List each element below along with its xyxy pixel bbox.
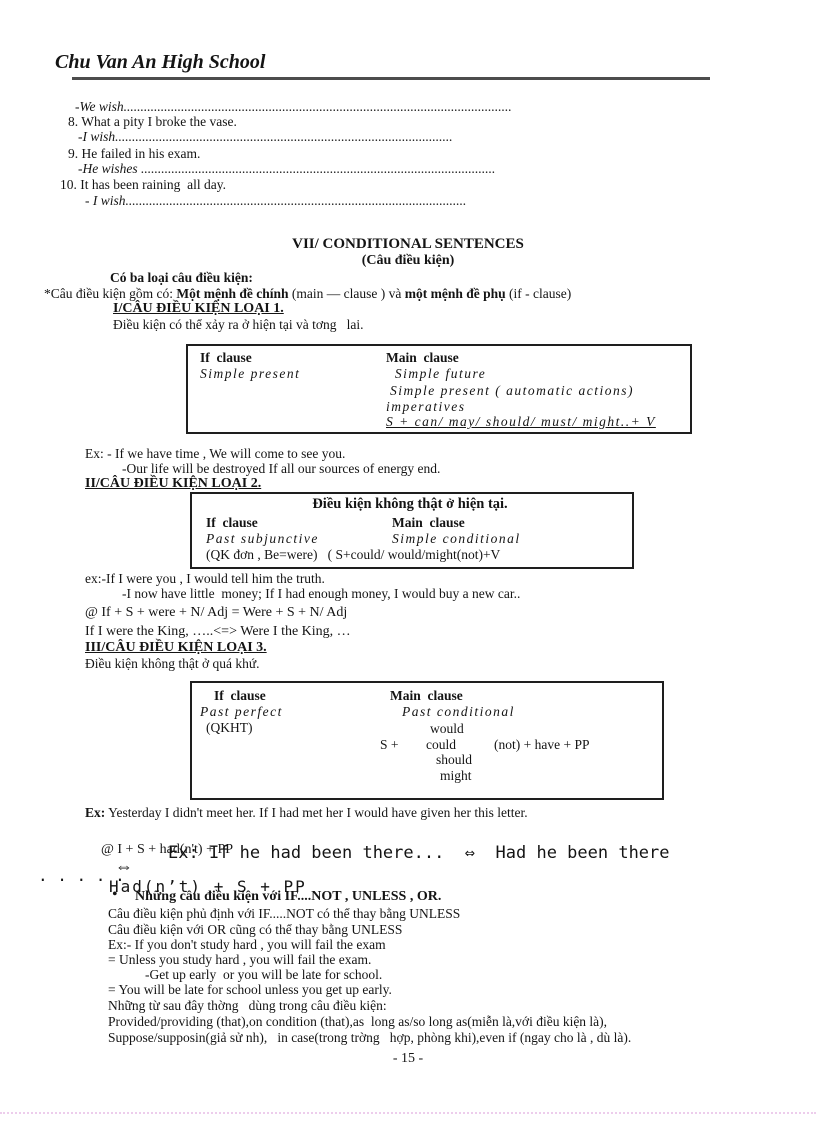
type3-example-line: Ex: Yesterday I didn't meet her. If I ha…	[85, 805, 528, 821]
composition-mid: (main — clause ) và	[289, 286, 405, 301]
type2-main-header: Main clause	[392, 514, 465, 531]
type1-main-header: Main clause	[386, 349, 459, 366]
wish-answer-8: -I wish.................................…	[78, 129, 453, 145]
type3-modal-would: would	[430, 720, 464, 737]
composition-if-clause: một mệnh đề phụ	[405, 286, 506, 301]
type3-table: If clause Main clause Past perfect Past …	[190, 681, 664, 800]
type3-heading: III/CÂU ĐIỀU KIỆN LOẠI 3.	[85, 640, 267, 656]
wish-item-8: 8. What a pity I broke the vase.	[68, 114, 237, 130]
wish-answer-we: -We wish................................…	[75, 99, 512, 115]
type1-main-row2: Simple present ( automatic actions)	[390, 382, 634, 399]
type2-formula: (QK đơn , Be=were) ( S+could/ would/migh…	[206, 546, 500, 563]
type2-heading: II/CÂU ĐIỀU KIỆN LOẠI 2.	[85, 476, 261, 492]
header-rule	[72, 77, 710, 80]
type3-if-header: If clause	[214, 687, 266, 704]
type2-table: Điều kiện không thật ở hiện tại. If clau…	[190, 492, 634, 569]
type3-if-note: (QKHT)	[206, 719, 253, 736]
type3-example-text: Yesterday I didn't meet her. If I had me…	[105, 805, 527, 820]
composition-post: (if - clause)	[506, 286, 572, 301]
type2-table-title: Điều kiện không thật ở hiện tại.	[192, 496, 628, 513]
wish-answer-10: - I wish................................…	[85, 193, 466, 209]
type1-main-row4: S + can/ may/ should/ must/ might..+ V	[386, 413, 656, 430]
type2-main-tense: Simple conditional	[392, 530, 521, 547]
type3-description: Điều kiện không thật ở quá khứ.	[85, 656, 260, 672]
section-intro: Có ba loại câu điều kiện:	[110, 270, 253, 286]
document-page: Chu Van An High School -We wish.........…	[0, 0, 816, 1123]
type3-if-tense: Past perfect	[200, 703, 283, 720]
type2-if-header: If clause	[206, 514, 258, 531]
type1-if-header: If clause	[200, 349, 252, 366]
type3-dots-line: . . . . .	[38, 866, 125, 885]
type1-example-2: -Our life will be destroyed If all our s…	[122, 461, 440, 477]
unless-example-4: = You will be late for school unless you…	[108, 982, 392, 998]
page-number: - 15 -	[0, 1051, 816, 1067]
type2-example-1: ex:-If I were you , I would tell him the…	[85, 571, 325, 587]
type1-heading: I/CÂU ĐIỀU KIỆN LOẠI 1.	[113, 301, 284, 317]
wish-item-9: 9. He failed in his exam.	[68, 146, 200, 162]
unless-example-2: = Unless you study hard , you will fail …	[108, 952, 371, 968]
type1-description: Điều kiện có thể xảy ra ở hiện tại và tơ…	[113, 317, 363, 333]
conditional-words-intro: Những từ sau đây thờng dùng trong câu đi…	[108, 998, 387, 1014]
conditional-words-2: Suppose/supposin(giả sử nh), in case(tro…	[108, 1030, 631, 1046]
section-subtitle: (Câu điều kiện)	[0, 253, 816, 269]
type3-main-tense: Past conditional	[402, 703, 515, 720]
type3-tail: (not) + have + PP	[494, 736, 589, 753]
type3-example-label: Ex:	[85, 805, 105, 820]
type1-example-1: Ex: - If we have time , We will come to …	[85, 446, 345, 462]
wish-answer-9: -He wishes .............................…	[78, 161, 495, 177]
footer-dotted-rule	[0, 1112, 816, 1114]
type3-subject: S +	[380, 736, 399, 753]
type1-main-row1: Simple future	[390, 365, 486, 382]
type1-table: If clause Simple present Main clause Sim…	[186, 344, 692, 434]
type3-modal-should: should	[436, 751, 472, 768]
conditional-words-1: Provided/providing (that),on condition (…	[108, 1014, 607, 1030]
type2-inversion: If I were the King, …..<=> Were I the Ki…	[85, 624, 351, 640]
composition-main-clause: Một mệnh đề chính	[176, 286, 288, 301]
type3-example-2-mono: Ex: If he had been there... ⇔ Had he bee…	[168, 843, 670, 863]
type3-modal-might: might	[440, 767, 472, 784]
unless-heading: Những câu điều kiện với IF....NOT , UNLE…	[135, 889, 441, 905]
type2-note: @ If + S + were + N/ Adj = Were + S + N/…	[85, 605, 347, 621]
type2-example-2: -I now have little money; If I had enoug…	[122, 586, 520, 602]
section-title: VII/ CONDITIONAL SENTENCES	[0, 236, 816, 253]
school-name: Chu Van An High School	[55, 51, 265, 74]
unless-example-1: Ex:- If you don't study hard , you will …	[108, 937, 386, 953]
composition-pre: *Câu điều kiện gồm có:	[44, 286, 176, 301]
wish-item-10: 10. It has been raining all day.	[60, 177, 226, 193]
unless-rule-1: Câu điều kiện phủ định với IF.....NOT có…	[108, 906, 460, 922]
type1-if-tense: Simple present	[200, 365, 300, 382]
type2-if-tense: Past subjunctive	[206, 530, 319, 547]
type3-main-header: Main clause	[390, 687, 463, 704]
clause-composition-line: *Câu điều kiện gồm có: Một mệnh đề chính…	[44, 286, 571, 302]
unless-example-3: -Get up early or you will be late for sc…	[145, 967, 382, 983]
unless-bullet-icon: •	[112, 886, 118, 904]
unless-rule-2: Câu điều kiện với OR cũng có thể thay bằ…	[108, 922, 402, 938]
